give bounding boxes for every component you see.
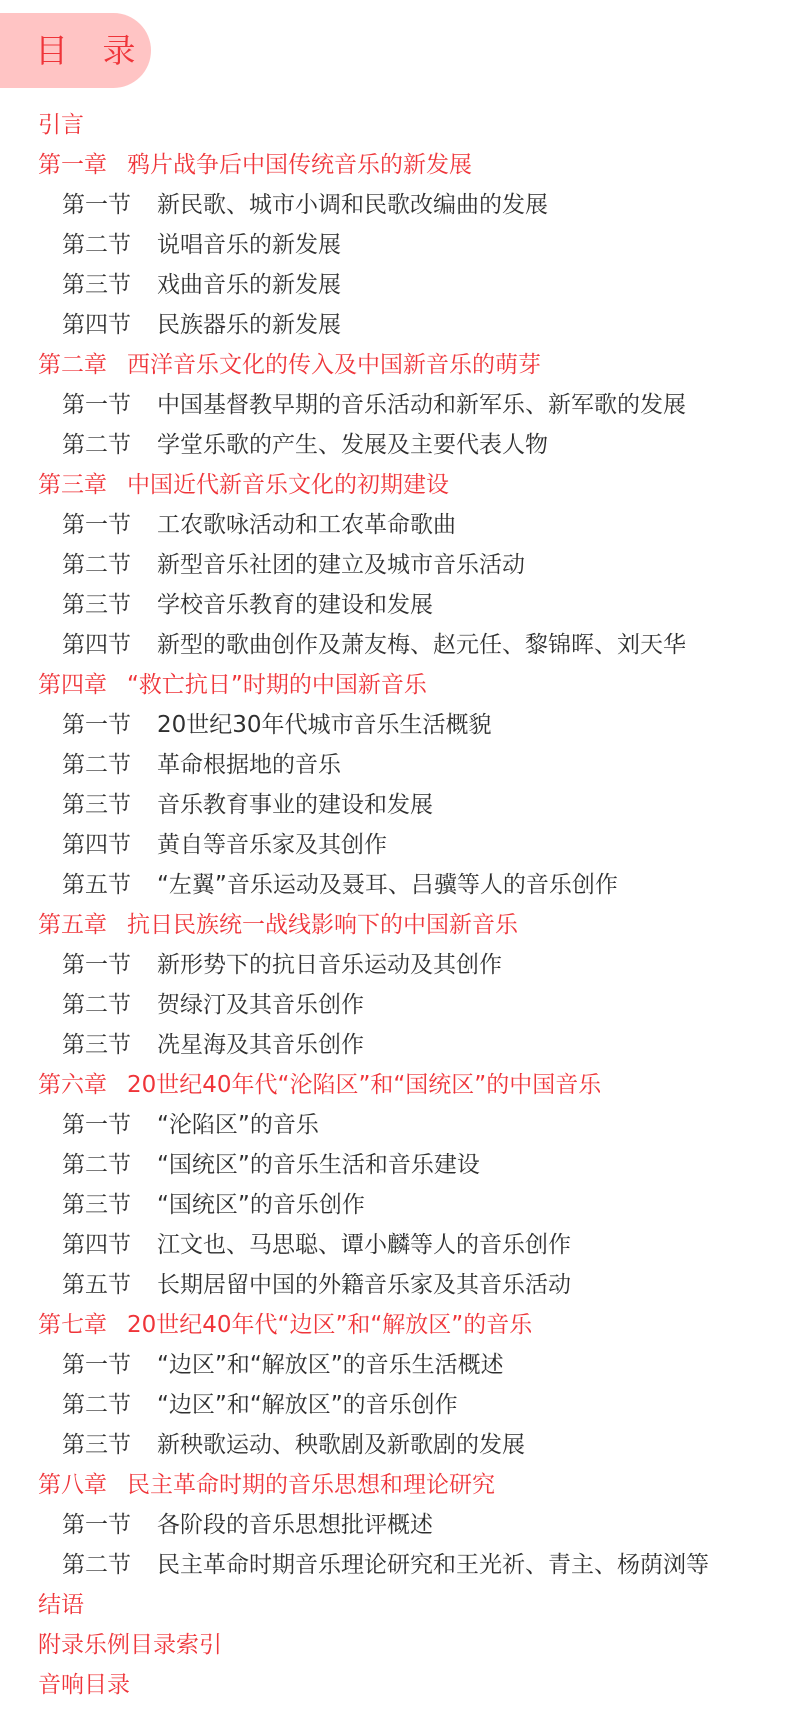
section-title: 戏曲音乐的新发展 [157,265,341,305]
toc-item-label: 引言 [38,105,84,145]
section-title: 20世纪30年代城市音乐生活概貌 [157,705,492,745]
toc-chapter[interactable]: 第三章 中国近代新音乐文化的初期建设 [0,465,790,505]
toc-section[interactable]: 第二节 新型音乐社团的建立及城市音乐活动 [0,545,790,585]
toc-section[interactable]: 第二节 革命根据地的音乐 [0,745,790,785]
chapter-title: “救亡抗日”时期的中国新音乐 [127,665,427,705]
section-title: “国统区”的音乐生活和音乐建设 [157,1145,480,1185]
toc-chapter[interactable]: 第七章 20世纪40年代“边区”和“解放区”的音乐 [0,1305,790,1345]
toc-section[interactable]: 第三节 戏曲音乐的新发展 [0,265,790,305]
section-number: 第一节 [62,505,131,545]
section-title: “边区”和“解放区”的音乐创作 [157,1385,458,1425]
toc-section[interactable]: 第二节 “国统区”的音乐生活和音乐建设 [0,1145,790,1185]
toc-section[interactable]: 第二节 学堂乐歌的产生、发展及主要代表人物 [0,425,790,465]
section-number: 第一节 [62,185,131,225]
section-number: 第二节 [62,425,131,465]
chapter-number: 第八章 [38,1465,107,1505]
toc-chapter[interactable]: 第八章 民主革命时期的音乐思想和理论研究 [0,1465,790,1505]
toc-section[interactable]: 第四节 江文也、马思聪、谭小麟等人的音乐创作 [0,1225,790,1265]
section-number: 第五节 [62,1265,131,1305]
toc-item-label: 结语 [38,1585,84,1625]
section-title: 民主革命时期音乐理论研究和王光祈、青主、杨荫浏等 [157,1545,709,1585]
section-number: 第五节 [62,865,131,905]
section-number: 第四节 [62,825,131,865]
section-number: 第一节 [62,1105,131,1145]
section-title: 冼星海及其音乐创作 [157,1025,364,1065]
toc-item-appendix[interactable]: 附录乐例目录索引 [0,1625,790,1665]
section-title: 说唱音乐的新发展 [157,225,341,265]
section-title: “国统区”的音乐创作 [157,1185,365,1225]
section-number: 第三节 [62,265,131,305]
section-number: 第二节 [62,1145,131,1185]
toc-section[interactable]: 第三节 冼星海及其音乐创作 [0,1025,790,1065]
chapter-title: 中国近代新音乐文化的初期建设 [127,465,449,505]
toc-chapter[interactable]: 第二章 西洋音乐文化的传入及中国新音乐的萌芽 [0,345,790,385]
chapter-title: 鸦片战争后中国传统音乐的新发展 [127,145,472,185]
toc-section[interactable]: 第二节 民主革命时期音乐理论研究和王光祈、青主、杨荫浏等 [0,1545,790,1585]
section-title: 新秧歌运动、秧歌剧及新歌剧的发展 [157,1425,525,1465]
section-title: 新形势下的抗日音乐运动及其创作 [157,945,502,985]
toc-section[interactable]: 第一节 工农歌咏活动和工农革命歌曲 [0,505,790,545]
toc-section[interactable]: 第三节 学校音乐教育的建设和发展 [0,585,790,625]
toc-section[interactable]: 第一节 各阶段的音乐思想批评概述 [0,1505,790,1545]
section-title: 新型音乐社团的建立及城市音乐活动 [157,545,525,585]
toc-item-label: 附录乐例目录索引 [38,1625,222,1665]
toc-chapter[interactable]: 第五章 抗日民族统一战线影响下的中国新音乐 [0,905,790,945]
toc-section[interactable]: 第二节 贺绿汀及其音乐创作 [0,985,790,1025]
section-number: 第三节 [62,1025,131,1065]
chapter-number: 第一章 [38,145,107,185]
section-number: 第四节 [62,1225,131,1265]
section-number: 第二节 [62,225,131,265]
section-title: 音乐教育事业的建设和发展 [157,785,433,825]
toc-section[interactable]: 第四节 黄自等音乐家及其创作 [0,825,790,865]
section-number: 第一节 [62,1345,131,1385]
toc-section[interactable]: 第一节 中国基督教早期的音乐活动和新军乐、新军歌的发展 [0,385,790,425]
toc-chapter[interactable]: 第四章 “救亡抗日”时期的中国新音乐 [0,665,790,705]
section-title: 革命根据地的音乐 [157,745,341,785]
section-number: 第二节 [62,1545,131,1585]
section-title: 工农歌咏活动和工农革命歌曲 [157,505,456,545]
section-title: 学校音乐教育的建设和发展 [157,585,433,625]
section-title: “左翼”音乐运动及聂耳、吕骥等人的音乐创作 [157,865,618,905]
section-number: 第二节 [62,545,131,585]
toc-section[interactable]: 第一节 新形势下的抗日音乐运动及其创作 [0,945,790,985]
chapter-number: 第六章 [38,1065,107,1105]
toc-header: 目 录 [0,13,151,88]
section-number: 第一节 [62,705,131,745]
section-title: 黄自等音乐家及其创作 [157,825,387,865]
section-number: 第三节 [62,1185,131,1225]
chapter-title: 20世纪40年代“沦陷区”和“国统区”的中国音乐 [127,1065,601,1105]
section-number: 第一节 [62,945,131,985]
toc-section[interactable]: 第一节 新民歌、城市小调和民歌改编曲的发展 [0,185,790,225]
section-number: 第三节 [62,1425,131,1465]
toc-title: 目 录 [35,34,148,67]
toc-item-audio-index[interactable]: 音响目录 [0,1665,790,1705]
chapter-number: 第七章 [38,1305,107,1345]
chapter-title: 20世纪40年代“边区”和“解放区”的音乐 [127,1305,532,1345]
chapter-title: 西洋音乐文化的传入及中国新音乐的萌芽 [127,345,541,385]
toc-item-label: 音响目录 [38,1665,130,1705]
chapter-title: 抗日民族统一战线影响下的中国新音乐 [127,905,518,945]
toc-section[interactable]: 第二节 说唱音乐的新发展 [0,225,790,265]
toc-section[interactable]: 第一节 “沦陷区”的音乐 [0,1105,790,1145]
section-title: 中国基督教早期的音乐活动和新军乐、新军歌的发展 [157,385,686,425]
section-number: 第三节 [62,585,131,625]
section-title: “边区”和“解放区”的音乐生活概述 [157,1345,504,1385]
toc-section[interactable]: 第五节 “左翼”音乐运动及聂耳、吕骥等人的音乐创作 [0,865,790,905]
section-number: 第四节 [62,305,131,345]
section-number: 第四节 [62,625,131,665]
toc-chapter[interactable]: 第六章 20世纪40年代“沦陷区”和“国统区”的中国音乐 [0,1065,790,1105]
toc-section[interactable]: 第五节 长期居留中国的外籍音乐家及其音乐活动 [0,1265,790,1305]
toc-section[interactable]: 第三节 音乐教育事业的建设和发展 [0,785,790,825]
section-title: 新型的歌曲创作及萧友梅、赵元任、黎锦晖、刘天华 [157,625,686,665]
section-title: 贺绿汀及其音乐创作 [157,985,364,1025]
section-number: 第一节 [62,385,131,425]
toc-item-intro[interactable]: 引言 [0,105,790,145]
section-title: 民族器乐的新发展 [157,305,341,345]
section-title: 新民歌、城市小调和民歌改编曲的发展 [157,185,548,225]
chapter-number: 第二章 [38,345,107,385]
section-number: 第一节 [62,1505,131,1545]
toc-section[interactable]: 第三节 新秧歌运动、秧歌剧及新歌剧的发展 [0,1425,790,1465]
section-title: 长期居留中国的外籍音乐家及其音乐活动 [157,1265,571,1305]
chapter-number: 第四章 [38,665,107,705]
toc-chapter[interactable]: 第一章 鸦片战争后中国传统音乐的新发展 [0,145,790,185]
toc-section[interactable]: 第四节 新型的歌曲创作及萧友梅、赵元任、黎锦晖、刘天华 [0,625,790,665]
chapter-number: 第五章 [38,905,107,945]
section-title: 江文也、马思聪、谭小麟等人的音乐创作 [157,1225,571,1265]
section-number: 第三节 [62,785,131,825]
section-number: 第二节 [62,985,131,1025]
chapter-title: 民主革命时期的音乐思想和理论研究 [127,1465,495,1505]
toc-section[interactable]: 第二节 “边区”和“解放区”的音乐创作 [0,1385,790,1425]
section-number: 第二节 [62,1385,131,1425]
toc-list: 引言 第一章 鸦片战争后中国传统音乐的新发展 第一节 新民歌、城市小调和民歌改编… [0,105,790,1705]
toc-section[interactable]: 第三节 “国统区”的音乐创作 [0,1185,790,1225]
toc-item-conclusion[interactable]: 结语 [0,1585,790,1625]
chapter-number: 第三章 [38,465,107,505]
section-title: 学堂乐歌的产生、发展及主要代表人物 [157,425,548,465]
toc-section[interactable]: 第一节 “边区”和“解放区”的音乐生活概述 [0,1345,790,1385]
section-number: 第二节 [62,745,131,785]
toc-section[interactable]: 第四节 民族器乐的新发展 [0,305,790,345]
section-title: 各阶段的音乐思想批评概述 [157,1505,433,1545]
section-title: “沦陷区”的音乐 [157,1105,319,1145]
toc-section[interactable]: 第一节 20世纪30年代城市音乐生活概貌 [0,705,790,745]
